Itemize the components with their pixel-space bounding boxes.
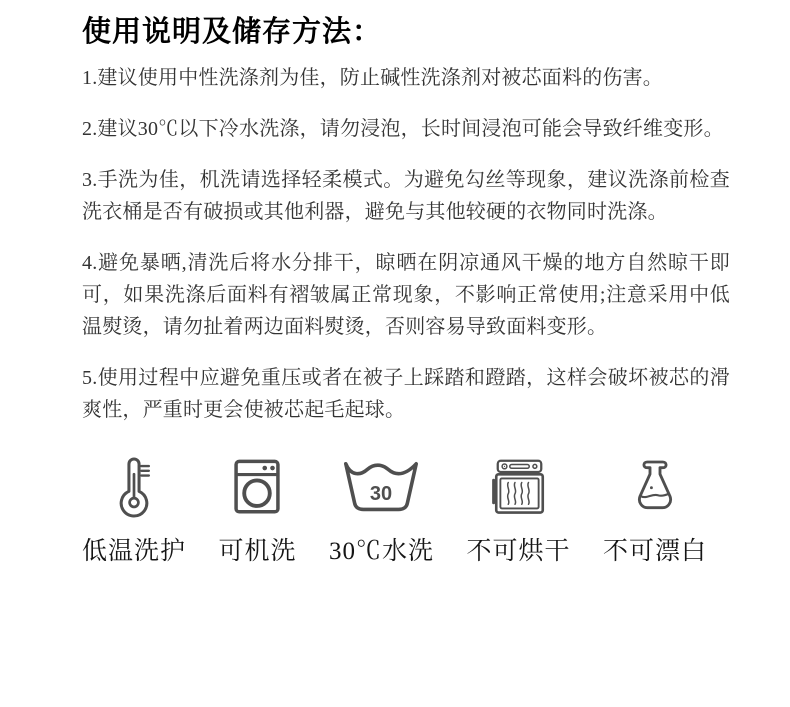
no-tumble-dry-icon — [485, 448, 551, 526]
care-item-low-temp-wash: 低温洗护 — [82, 448, 186, 567]
instruction-paragraph-3: 3.手洗为佳，机洗请选择轻柔模式。为避免勾丝等现象，建议洗涤前检查洗衣桶是否有破… — [82, 164, 730, 228]
care-instructions-page: 使用说明及储存方法： 1.建议使用中性洗涤剂为佳，防止碱性洗涤剂对被芯面料的伤害… — [0, 0, 790, 567]
page-title: 使用说明及储存方法： — [82, 12, 732, 52]
care-label: 低温洗护 — [82, 531, 186, 567]
care-label: 可机洗 — [218, 531, 296, 567]
care-item-machine-washable: 可机洗 — [218, 448, 296, 567]
instruction-paragraph-2: 2.建议30℃以下冷水洗涤，请勿浸泡，长时间浸泡可能会导致纤维变形。 — [82, 113, 730, 145]
care-symbols-row: 低温洗护 可机洗 30 30℃水 — [82, 448, 707, 567]
wash-basin-30-icon-svg: 30 — [336, 455, 426, 519]
wash-basin-30-icon: 30 — [336, 448, 426, 526]
instruction-paragraph-1: 1.建议使用中性洗涤剂为佳，防止碱性洗涤剂对被芯面料的伤害。 — [82, 62, 730, 94]
thermometer-icon — [107, 448, 161, 526]
care-label: 30℃水洗 — [329, 531, 434, 567]
care-item-no-tumble-dry: 不可烘干 — [466, 448, 570, 567]
washing-machine-icon — [226, 448, 288, 526]
care-item-wash-30c: 30 30℃水洗 — [329, 448, 434, 567]
care-label: 不可烘干 — [466, 531, 570, 567]
instruction-paragraph-5: 5.使用过程中应避免重压或者在被子上踩踏和蹬踏，这样会破坏被芯的滑爽性，严重时更… — [82, 362, 730, 426]
washing-machine-icon-svg — [226, 456, 288, 518]
care-item-no-bleach: 不可漂白 — [603, 448, 707, 567]
thermometer-icon-svg — [107, 452, 161, 522]
no-bleach-flask-icon — [625, 448, 685, 526]
no-tumble-dry-icon-svg — [485, 456, 551, 518]
care-label: 不可漂白 — [603, 531, 707, 567]
no-bleach-flask-icon-svg — [625, 455, 685, 519]
instruction-paragraph-4: 4.避免暴晒,清洗后将水分排干，晾晒在阴凉通风干燥的地方自然晾干即可，如果洗涤后… — [82, 247, 730, 343]
basin-temperature-number: 30 — [370, 483, 392, 505]
